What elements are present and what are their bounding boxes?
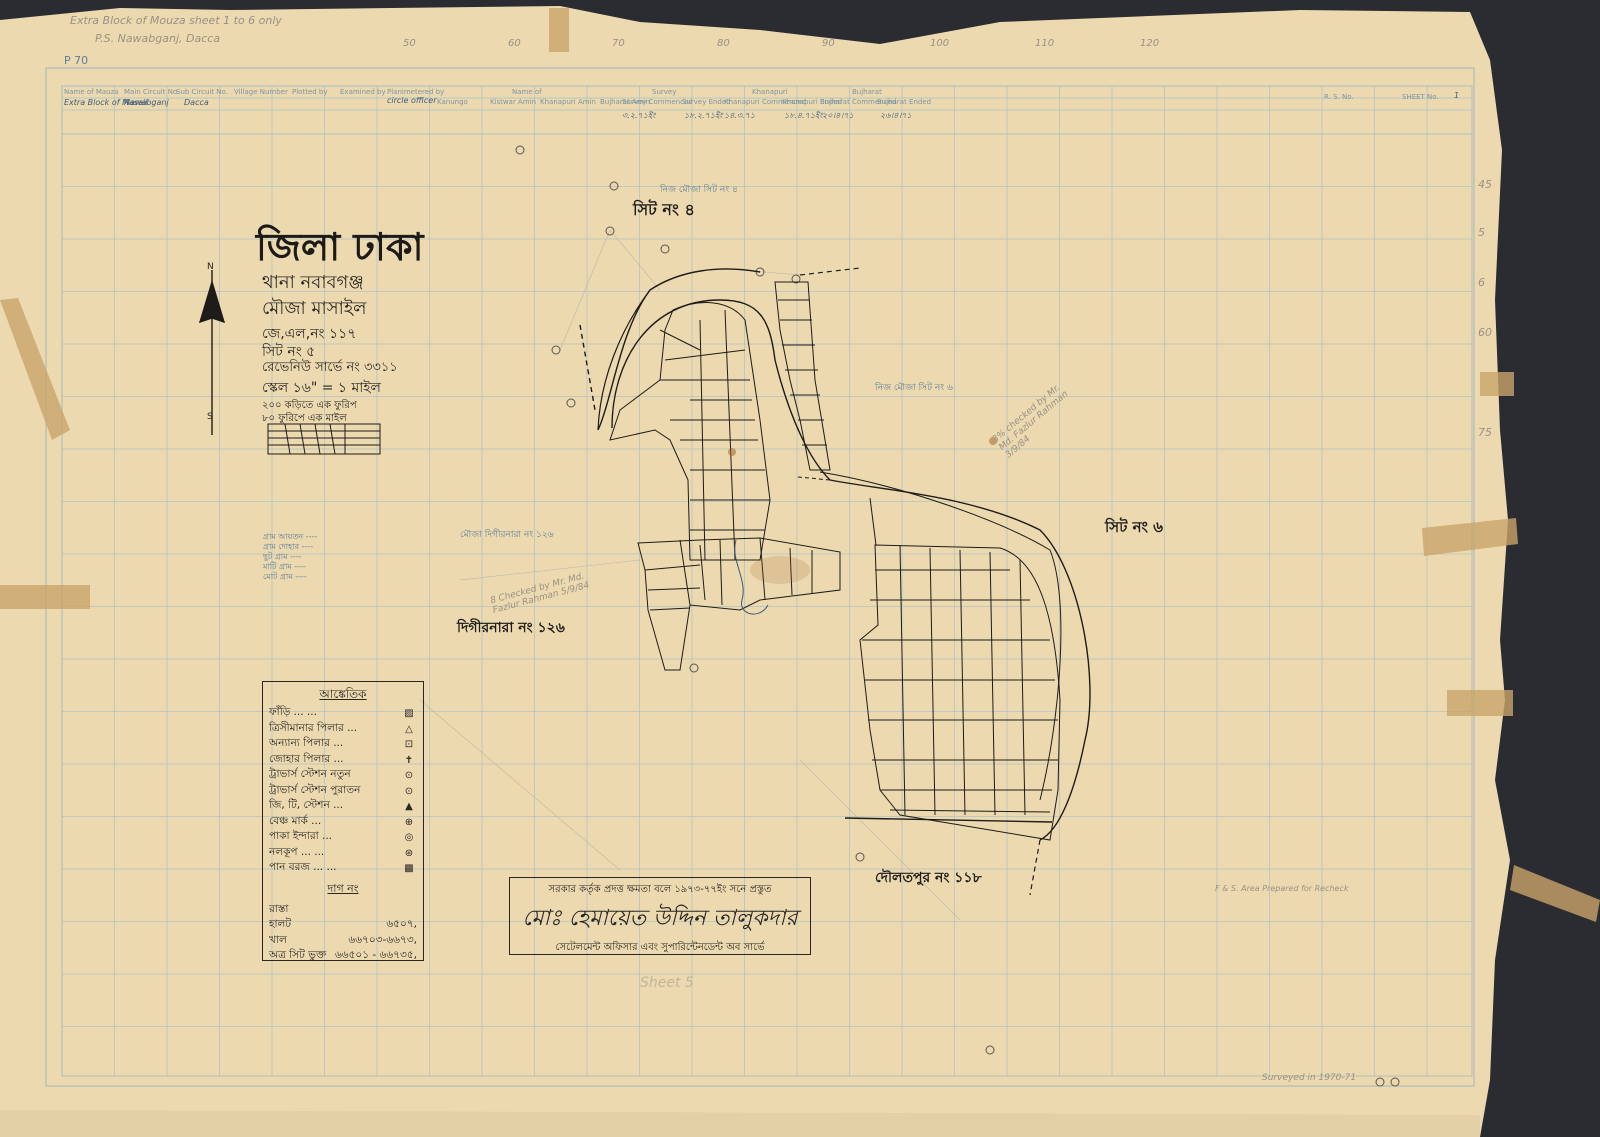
hatched-box-icon: ▨ — [401, 708, 417, 719]
triangle-pillar-icon: △ — [401, 724, 417, 735]
small-note-list: গ্রাম আয়তন ---- গ্রাম দোহার ---- ছুট গ্… — [263, 532, 317, 582]
daulatpur-label: দৌলতপুর নং ১১৮ — [875, 866, 982, 890]
group-khanapuri: Khanapuri — [752, 88, 788, 96]
legend-item: নলকূপ ... ...⊛ — [263, 846, 423, 862]
khanapuri-ended-value: ১৮.৪.৭১ইং — [784, 110, 823, 123]
right-margin-ticks: 45 5 6 60 75 — [1478, 0, 1508, 1137]
sheet-6-label: সিট নং ৬ — [1105, 516, 1163, 541]
map-sheet — [0, 0, 1600, 1137]
col-kistwar-amin: Kistwar Amin — [490, 98, 536, 106]
cross-pillar-icon: ✝ — [401, 755, 417, 766]
scale-note-2: ৮০ ফুরিপে এক মাইল — [262, 411, 347, 428]
sheet-no-value: 1 — [1454, 91, 1459, 100]
certification-authority: সরকার কর্তৃক প্রদত্ত ক্ষমতা বলে ১৯৭৩-৭৭ই… — [510, 882, 810, 899]
sheet-6-note: নিজ মৌজা সিট নং ৬ — [875, 380, 953, 395]
officer-name: মোঃ হেমায়েত উদ্দিন তালুকদার — [510, 901, 810, 938]
col-examined-by: Examined by — [340, 88, 386, 96]
col-plotted-by: Plotted by — [292, 88, 328, 96]
legend-title: আঙ্কেতিক — [263, 686, 423, 706]
dag-item: খাল৬৬৭০৩-৬৬৭৩, — [263, 934, 423, 950]
tubewell-icon: ⊛ — [401, 848, 417, 859]
bujharat-ended-value: ২৬।৪।৭১ — [880, 110, 912, 123]
legend-item: পাকা ইন্দারা ...◎ — [263, 830, 423, 846]
sub-circuit-value: Dacca — [184, 98, 209, 107]
legend-item: ট্রাভার্স স্টেশন নতুন⊙ — [263, 768, 423, 784]
khanapuri-commenced-value: ১৪.৩.৭১ — [724, 110, 755, 123]
main-circuit-value: Nawabganj — [124, 98, 169, 107]
col-kanungo: Kanungo — [437, 98, 468, 106]
pencil-area-note: F & S. Area Prepared for Recheck — [1215, 884, 1349, 893]
legend-item: বেঞ্চ মার্ক ...⊕ — [263, 815, 423, 831]
pencil-sheet-note: Sheet 5 — [640, 975, 694, 991]
dag-item: রাস্তা — [263, 903, 423, 919]
survey-commenced-value: ৩.২.৭১ইং — [622, 110, 656, 123]
square-pillar-icon: ⊡ — [401, 739, 417, 750]
betel-garden-icon: ▩ — [401, 863, 417, 874]
legend-item: ত্রিসীমানার পিলার ...△ — [263, 722, 423, 738]
map-legend: আঙ্কেতিক ফাঁড়ি ... ...▨ ত্রিসীমানার পিল… — [262, 681, 424, 961]
south-label: S — [207, 412, 213, 422]
bujharat-commenced-value: ২০।৪।৭১ — [822, 110, 854, 123]
certification-box: সরকার কর্তৃক প্রদত্ত ক্ষমতা বলে ১৯৭৩-৭৭ই… — [509, 877, 811, 955]
legend-subtitle: দাগ নং — [263, 880, 423, 899]
officer-designation: সেটেলমেন্ট অফিসার এবং সুপারিন্টেনডেন্ট অ… — [510, 940, 810, 957]
col-bujharat-ended: Bujharat Ended — [877, 98, 931, 106]
col-khanapuri-amin: Khanapuri Amin — [540, 98, 596, 106]
map-scale: স্কেল ১৬" = ১ মাইল — [262, 376, 381, 400]
legend-item: ফাঁড়ি ... ...▨ — [263, 706, 423, 722]
dag-item: অত্র সিট ভুক্ত৬৬৫০১ - ৬৬৭৩৫, — [263, 949, 423, 965]
circle-dot-old-icon: ⊙ — [401, 786, 417, 797]
sheet-4-label: সিট নং ৪ — [633, 197, 695, 224]
digirnara-note: মৌজা দিগীরনারা নং ১২৬ — [460, 527, 554, 542]
sheet-4-note: নিজ মৌজা সিট নং ৪ — [660, 182, 738, 197]
col-village-number: Village Number — [234, 88, 288, 96]
col-sheet-no: SHEET No. — [1402, 93, 1439, 101]
col-rs-no: R. S. No. — [1324, 93, 1354, 101]
group-survey: Survey — [652, 88, 676, 96]
group-bujharat: Bujharat — [852, 88, 882, 96]
col-sub-circuit: Sub Circuit No. — [176, 88, 228, 96]
group-name-of: Name of — [512, 88, 542, 96]
legend-item: জোহার পিলার ...✝ — [263, 753, 423, 769]
page-code: P 70 — [64, 54, 88, 67]
col-planimetered-by: Planimetered by — [387, 88, 444, 96]
circle-dot-icon: ⊙ — [401, 770, 417, 781]
survey-ended-value: ১৮.২.৭১ইং — [684, 110, 723, 123]
col-main-circuit: Main Circuit No. — [124, 88, 179, 96]
gt-station-icon: ▲ — [401, 801, 417, 812]
top-scale-ticks: 50 60 70 80 90 100 110 120 — [0, 38, 1600, 52]
legend-item: জি, টি, স্টেশন ...▲ — [263, 799, 423, 815]
top-pencil-note: Extra Block of Mouza sheet 1 to 6 only — [70, 14, 282, 27]
digirnara-label: দিগীরনারা নং ১২৬ — [457, 616, 565, 640]
north-label: N — [207, 262, 214, 272]
col-mauza: Name of Mauza — [64, 88, 119, 96]
well-icon: ◎ — [401, 832, 417, 843]
dag-item: হালট৬৫০৭, — [263, 918, 423, 934]
mouza-label: মৌজা মাসাইল — [262, 294, 367, 325]
legend-item: অন্যান্য পিলার ...⊡ — [263, 737, 423, 753]
legend-item: পান বরজ ... ...▩ — [263, 861, 423, 877]
header-table: Name of Mauza Main Circuit No. Sub Circu… — [62, 86, 1472, 134]
legend-item: ট্রাভার্স স্টেশন পুরাতন⊙ — [263, 784, 423, 800]
surveyed-note: Surveyed in 1970-71 — [1262, 1073, 1356, 1083]
bench-mark-icon: ⊕ — [401, 817, 417, 828]
planimetered-value: circle officer — [387, 96, 437, 105]
